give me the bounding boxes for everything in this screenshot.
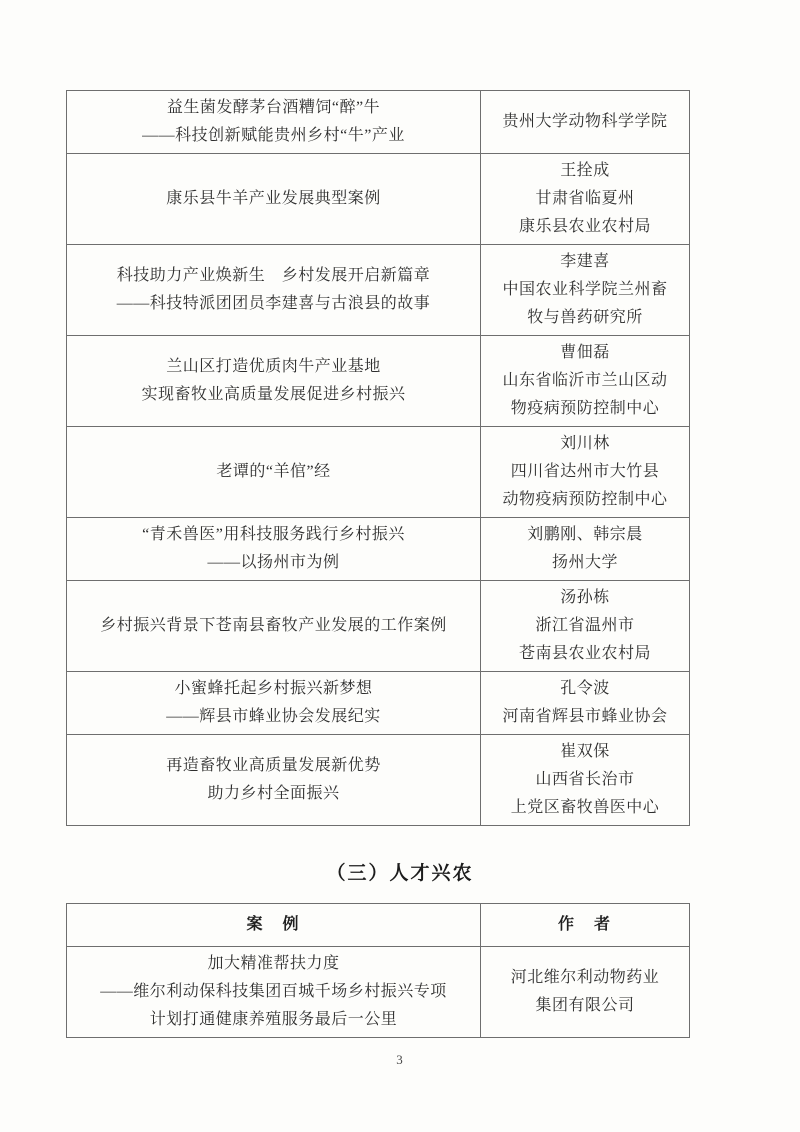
- case-cell: 益生菌发酵茅台酒糟饲“醉”牛 ——科技创新赋能贵州乡村“牛”产业: [67, 91, 481, 154]
- case-table-continued: 益生菌发酵茅台酒糟饲“醉”牛 ——科技创新赋能贵州乡村“牛”产业贵州大学动物科学…: [66, 90, 690, 826]
- talent-table-head: 案 例 作 者: [67, 904, 690, 947]
- case-cell: 老谭的“羊倌”经: [67, 427, 481, 518]
- author-cell: 孔令波 河南省辉县市蜂业协会: [481, 672, 690, 735]
- author-column-header: 作 者: [481, 904, 690, 947]
- author-cell: 刘川林 四川省达州市大竹县 动物疫病预防控制中心: [481, 427, 690, 518]
- case-cell: “青禾兽医”用科技服务践行乡村振兴 ——以扬州市为例: [67, 518, 481, 581]
- author-cell: 曹佃磊 山东省临沂市兰山区动 物疫病预防控制中心: [481, 336, 690, 427]
- section-heading: （三）人才兴农: [0, 858, 800, 885]
- case-cell: 科技助力产业焕新生 乡村发展开启新篇章 ——科技特派团团员李建喜与古浪县的故事: [67, 245, 481, 336]
- author-cell: 河北维尔利动物药业 集团有限公司: [481, 947, 690, 1038]
- talent-table: 案 例 作 者 加大精准帮扶力度 ——维尔利动保科技集团百城千场乡村振兴专项 计…: [66, 903, 690, 1038]
- case-cell: 加大精准帮扶力度 ——维尔利动保科技集团百城千场乡村振兴专项 计划打通健康养殖服…: [67, 947, 481, 1038]
- table-row: 兰山区打造优质肉牛产业基地 实现畜牧业高质量发展促进乡村振兴曹佃磊 山东省临沂市…: [67, 336, 690, 427]
- case-cell: 乡村振兴背景下苍南县畜牧产业发展的工作案例: [67, 581, 481, 672]
- header-row: 案 例 作 者: [67, 904, 690, 947]
- author-cell: 王拴成 甘肃省临夏州 康乐县农业农村局: [481, 154, 690, 245]
- author-cell: 李建喜 中国农业科学院兰州畜 牧与兽药研究所: [481, 245, 690, 336]
- author-cell: 刘鹏刚、韩宗晨 扬州大学: [481, 518, 690, 581]
- author-cell: 崔双保 山西省长治市 上党区畜牧兽医中心: [481, 735, 690, 826]
- document-page: 益生菌发酵茅台酒糟饲“醉”牛 ——科技创新赋能贵州乡村“牛”产业贵州大学动物科学…: [0, 0, 800, 1132]
- table-row: 益生菌发酵茅台酒糟饲“醉”牛 ——科技创新赋能贵州乡村“牛”产业贵州大学动物科学…: [67, 91, 690, 154]
- table-row: 乡村振兴背景下苍南县畜牧产业发展的工作案例汤孙栋 浙江省温州市 苍南县农业农村局: [67, 581, 690, 672]
- page-content: 益生菌发酵茅台酒糟饲“醉”牛 ——科技创新赋能贵州乡村“牛”产业贵州大学动物科学…: [0, 0, 800, 1068]
- case-cell: 兰山区打造优质肉牛产业基地 实现畜牧业高质量发展促进乡村振兴: [67, 336, 481, 427]
- page-number: 3: [0, 1052, 800, 1068]
- case-cell: 再造畜牧业高质量发展新优势 助力乡村全面振兴: [67, 735, 481, 826]
- table-row: 康乐县牛羊产业发展典型案例王拴成 甘肃省临夏州 康乐县农业农村局: [67, 154, 690, 245]
- table-row: 科技助力产业焕新生 乡村发展开启新篇章 ——科技特派团团员李建喜与古浪县的故事李…: [67, 245, 690, 336]
- table-row: 老谭的“羊倌”经刘川林 四川省达州市大竹县 动物疫病预防控制中心: [67, 427, 690, 518]
- case-cell: 康乐县牛羊产业发展典型案例: [67, 154, 481, 245]
- table-row: 小蜜蜂托起乡村振兴新梦想 ——辉县市蜂业协会发展纪实孔令波 河南省辉县市蜂业协会: [67, 672, 690, 735]
- talent-table-body: 加大精准帮扶力度 ——维尔利动保科技集团百城千场乡村振兴专项 计划打通健康养殖服…: [67, 947, 690, 1038]
- table-row: 加大精准帮扶力度 ——维尔利动保科技集团百城千场乡村振兴专项 计划打通健康养殖服…: [67, 947, 690, 1038]
- table-row: “青禾兽医”用科技服务践行乡村振兴 ——以扬州市为例刘鹏刚、韩宗晨 扬州大学: [67, 518, 690, 581]
- case-table-continued-body: 益生菌发酵茅台酒糟饲“醉”牛 ——科技创新赋能贵州乡村“牛”产业贵州大学动物科学…: [67, 91, 690, 826]
- author-cell: 贵州大学动物科学学院: [481, 91, 690, 154]
- author-cell: 汤孙栋 浙江省温州市 苍南县农业农村局: [481, 581, 690, 672]
- table-row: 再造畜牧业高质量发展新优势 助力乡村全面振兴崔双保 山西省长治市 上党区畜牧兽医…: [67, 735, 690, 826]
- case-column-header: 案 例: [67, 904, 481, 947]
- case-cell: 小蜜蜂托起乡村振兴新梦想 ——辉县市蜂业协会发展纪实: [67, 672, 481, 735]
